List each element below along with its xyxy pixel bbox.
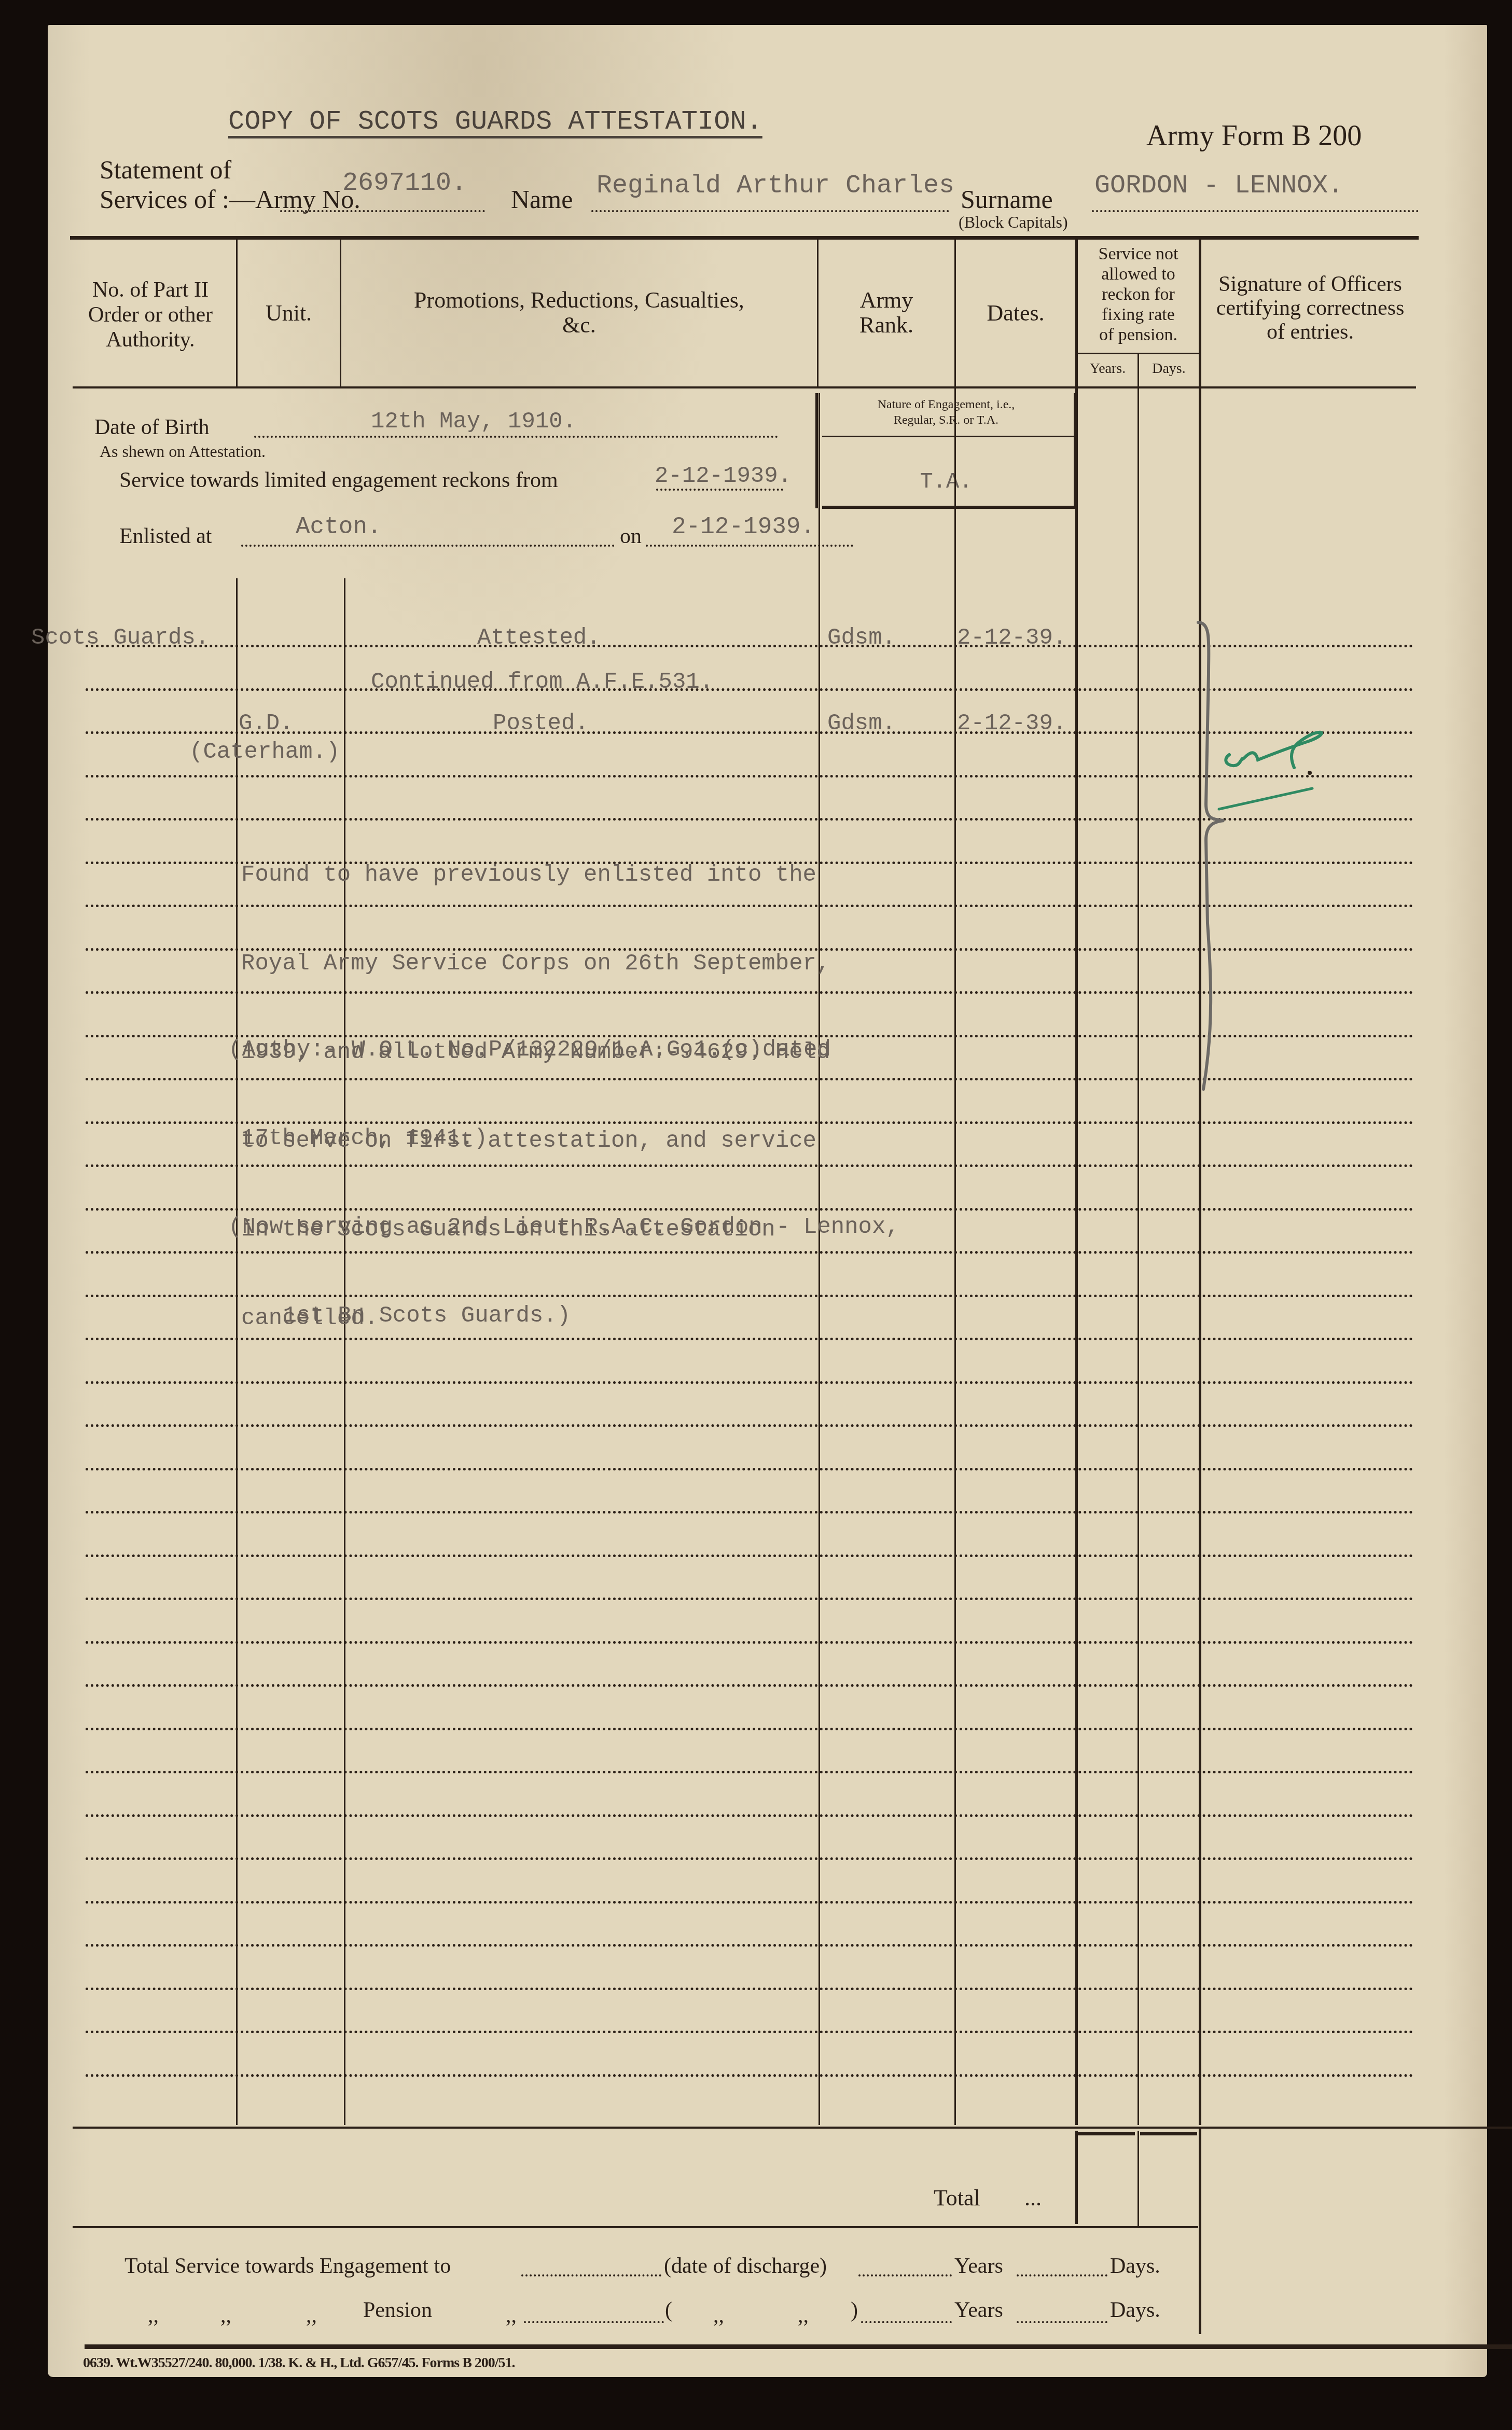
discharge-days-dots xyxy=(1017,2274,1107,2276)
service-reckons-value: 2-12-1939. xyxy=(655,463,792,489)
printer-imprint: 0639. Wt.W35527/240. 80,000. 1/38. K. & … xyxy=(83,2355,515,2371)
remarks-line: (Now serving as 2nd Lieut R.A.C. Gordon … xyxy=(228,1213,899,1242)
surname-value: GORDON - LENNOX. xyxy=(1094,171,1343,201)
entry-rank: Gdsm. xyxy=(827,625,896,651)
enlisted-value: Acton. xyxy=(296,513,382,540)
service-reckons-label: Service towards limited engagement recko… xyxy=(119,468,558,493)
total-service-label: Total Service towards Engagement to xyxy=(124,2254,451,2279)
totals-years-bar xyxy=(1078,2132,1135,2135)
total-ellipsis: ... xyxy=(1024,2185,1042,2211)
name-value: Reginald Arthur Charles xyxy=(597,171,954,201)
header-top-rule xyxy=(70,236,1419,240)
entry-event: Attested. xyxy=(477,625,601,651)
entry-authority: Scots Guards. xyxy=(31,625,209,651)
years-label: Years xyxy=(954,2254,1003,2279)
army-number-value: 2697110. xyxy=(342,169,467,198)
ditto-mark: ,, xyxy=(306,2303,317,2328)
ditto-mark: ,, xyxy=(713,2303,724,2328)
totals-bottom-rule xyxy=(73,2226,1198,2228)
engagement-box-bottom xyxy=(822,506,1075,509)
on-dots xyxy=(646,545,853,547)
enlisted-dots xyxy=(241,545,615,547)
remarks-block-authority: (Authy:- W.O.L. No.P/132229/1.A.G.1.(c)d… xyxy=(228,976,899,1360)
engagement-value: T.A. xyxy=(819,469,1074,494)
ruled-dotted-line xyxy=(86,1468,1413,1470)
dob-value: 12th May, 1910. xyxy=(371,409,576,435)
entry-unit: G.D. xyxy=(239,711,294,737)
ruled-dotted-line xyxy=(86,1598,1413,1600)
pension-days-label: Days. xyxy=(1110,2298,1160,2323)
entry-event: Posted. xyxy=(493,711,589,737)
col-header-dates: Dates. xyxy=(956,300,1075,326)
col-header-promotions: Promotions, Reductions, Casualties, &c. xyxy=(341,288,817,338)
pension-paren-open: ( xyxy=(665,2298,672,2323)
footer-bottom-rule xyxy=(85,2344,1512,2349)
total-service-dots xyxy=(521,2274,661,2276)
remarks-line: 1st Bn Scots Guards.) xyxy=(228,1301,899,1331)
col-header-signature-line: certifying correctness xyxy=(1201,296,1419,320)
entry-rank: Gdsm. xyxy=(827,711,896,737)
ruled-dotted-line xyxy=(86,1901,1413,1904)
name-dots xyxy=(591,210,949,212)
col-header-signature-line: Signature of Officers xyxy=(1201,272,1419,296)
col-header-unit: Unit. xyxy=(238,300,340,326)
entry-unit: (Caterham.) xyxy=(189,739,340,765)
pencil-brace-mark xyxy=(1188,612,1245,1105)
name-label: Name xyxy=(511,184,573,214)
statement-label-1: Statement of xyxy=(100,155,231,185)
col-header-authority-line: Order or other xyxy=(67,302,233,327)
engagement-label: Nature of Engagement, i.e., Regular, S.R… xyxy=(819,397,1074,428)
col-header-authority: No. of Part II Order or other Authority. xyxy=(67,277,233,352)
col-header-days: Days. xyxy=(1139,360,1199,377)
ruled-dotted-line xyxy=(86,1944,1413,1947)
initials-signature: W.P. xyxy=(1209,700,1343,820)
pension-paren-close: ) xyxy=(851,2298,858,2323)
col-header-authority-line: Authority. xyxy=(67,327,233,352)
ruled-dotted-line xyxy=(86,1728,1413,1730)
col-header-promotions-line: Promotions, Reductions, Casualties, xyxy=(341,288,817,313)
engagement-box-left xyxy=(815,393,818,508)
remarks-line: Found to have previously enlisted into t… xyxy=(241,860,830,890)
totals-days-bar xyxy=(1140,2132,1197,2135)
ruled-dotted-line xyxy=(86,1424,1413,1427)
dob-label: Date of Birth xyxy=(94,415,210,440)
col-header-service-line: fixing rate xyxy=(1078,304,1199,325)
col-header-years: Years. xyxy=(1078,360,1138,377)
dob-dots xyxy=(254,436,778,438)
entry-date: 2-12-39. xyxy=(957,625,1066,651)
form-id: Army Form B 200 xyxy=(1146,119,1362,152)
col-header-service-line: allowed to xyxy=(1078,264,1199,284)
surname-dots xyxy=(1092,210,1419,212)
on-value: 2-12-1939. xyxy=(672,513,815,540)
ruled-dotted-line xyxy=(86,1814,1413,1817)
remarks-line: (Authy:- W.O.L. No.P/132229/1.A.G.1.(c)d… xyxy=(228,1035,899,1065)
ruled-dotted-line xyxy=(86,2031,1413,2033)
ruled-dotted-line xyxy=(86,1988,1413,1990)
ruled-dotted-line xyxy=(86,1554,1413,1557)
ruled-dotted-line xyxy=(86,1641,1413,1644)
entry-event: Continued from A.F.E.531. xyxy=(371,669,713,695)
ruled-dotted-line xyxy=(86,1857,1413,1860)
engagement-label-line: Nature of Engagement, i.e., xyxy=(819,397,1074,412)
ditto-mark: ,, xyxy=(148,2303,159,2328)
total-label: Total xyxy=(934,2185,980,2211)
totals-years-left xyxy=(1075,2131,1078,2224)
col-header-authority-line: No. of Part II xyxy=(67,277,233,302)
remarks-line: 17th March, 1941.) xyxy=(228,1124,899,1154)
col-header-promotions-line: &c. xyxy=(341,313,817,338)
pension-days-dots xyxy=(1017,2321,1107,2323)
pension-label: Pension xyxy=(363,2298,432,2323)
pension-dots xyxy=(524,2321,664,2323)
col-header-rank: Army Rank. xyxy=(819,288,954,338)
ditto-mark: ,, xyxy=(798,2303,809,2328)
ditto-mark: ,, xyxy=(220,2303,231,2328)
totals-top-rule xyxy=(73,2127,1512,2129)
block-capitals-note: (Block Capitals) xyxy=(959,213,1068,232)
ruled-dotted-line xyxy=(86,1684,1413,1687)
remarks-line: Royal Army Service Corps on 26th Septemb… xyxy=(241,949,830,979)
document-title: COPY OF SCOTS GUARDS ATTESTATION. xyxy=(228,106,762,137)
ruled-dotted-line xyxy=(86,1771,1413,1773)
totals-right xyxy=(1199,2127,1201,2334)
on-label: on xyxy=(620,524,642,549)
col-header-service-line: reckon for xyxy=(1078,284,1199,304)
col-header-rank-line: Rank. xyxy=(819,313,954,338)
header-bottom-rule xyxy=(73,386,1416,388)
totals-divider xyxy=(1138,2131,1139,2227)
col-header-rank-line: Army xyxy=(819,288,954,313)
dob-note: As shewn on Attestation. xyxy=(100,442,266,461)
discharge-years-dots xyxy=(858,2274,952,2276)
pension-years-dots xyxy=(861,2321,952,2323)
col-header-service-line: of pension. xyxy=(1078,325,1199,345)
ditto-mark: ,, xyxy=(506,2303,517,2328)
engagement-box-mid-rule xyxy=(822,436,1074,437)
engagement-label-line: Regular, S.R. or T.A. xyxy=(819,412,1074,428)
col-header-signature: Signature of Officers certifying correct… xyxy=(1201,272,1419,344)
enlisted-label: Enlisted at xyxy=(119,524,212,549)
ruled-dotted-line xyxy=(86,1511,1413,1513)
ruled-dotted-line xyxy=(86,2074,1413,2077)
army-no-dots xyxy=(280,210,485,212)
entry-date: 2-12-39. xyxy=(957,711,1066,737)
surname-label: Surname xyxy=(961,184,1053,214)
col-header-service-not-allowed: Service not allowed to reckon for fixing… xyxy=(1078,244,1199,345)
ruled-dotted-line xyxy=(86,1381,1413,1384)
date-of-discharge-label: (date of discharge) xyxy=(664,2254,827,2279)
pension-subheader-rule xyxy=(1078,353,1199,354)
col-header-signature-line: of entries. xyxy=(1201,320,1419,344)
days-label: Days. xyxy=(1110,2254,1160,2279)
col-header-service-line: Service not xyxy=(1078,244,1199,264)
pension-years-label: Years xyxy=(954,2298,1003,2323)
